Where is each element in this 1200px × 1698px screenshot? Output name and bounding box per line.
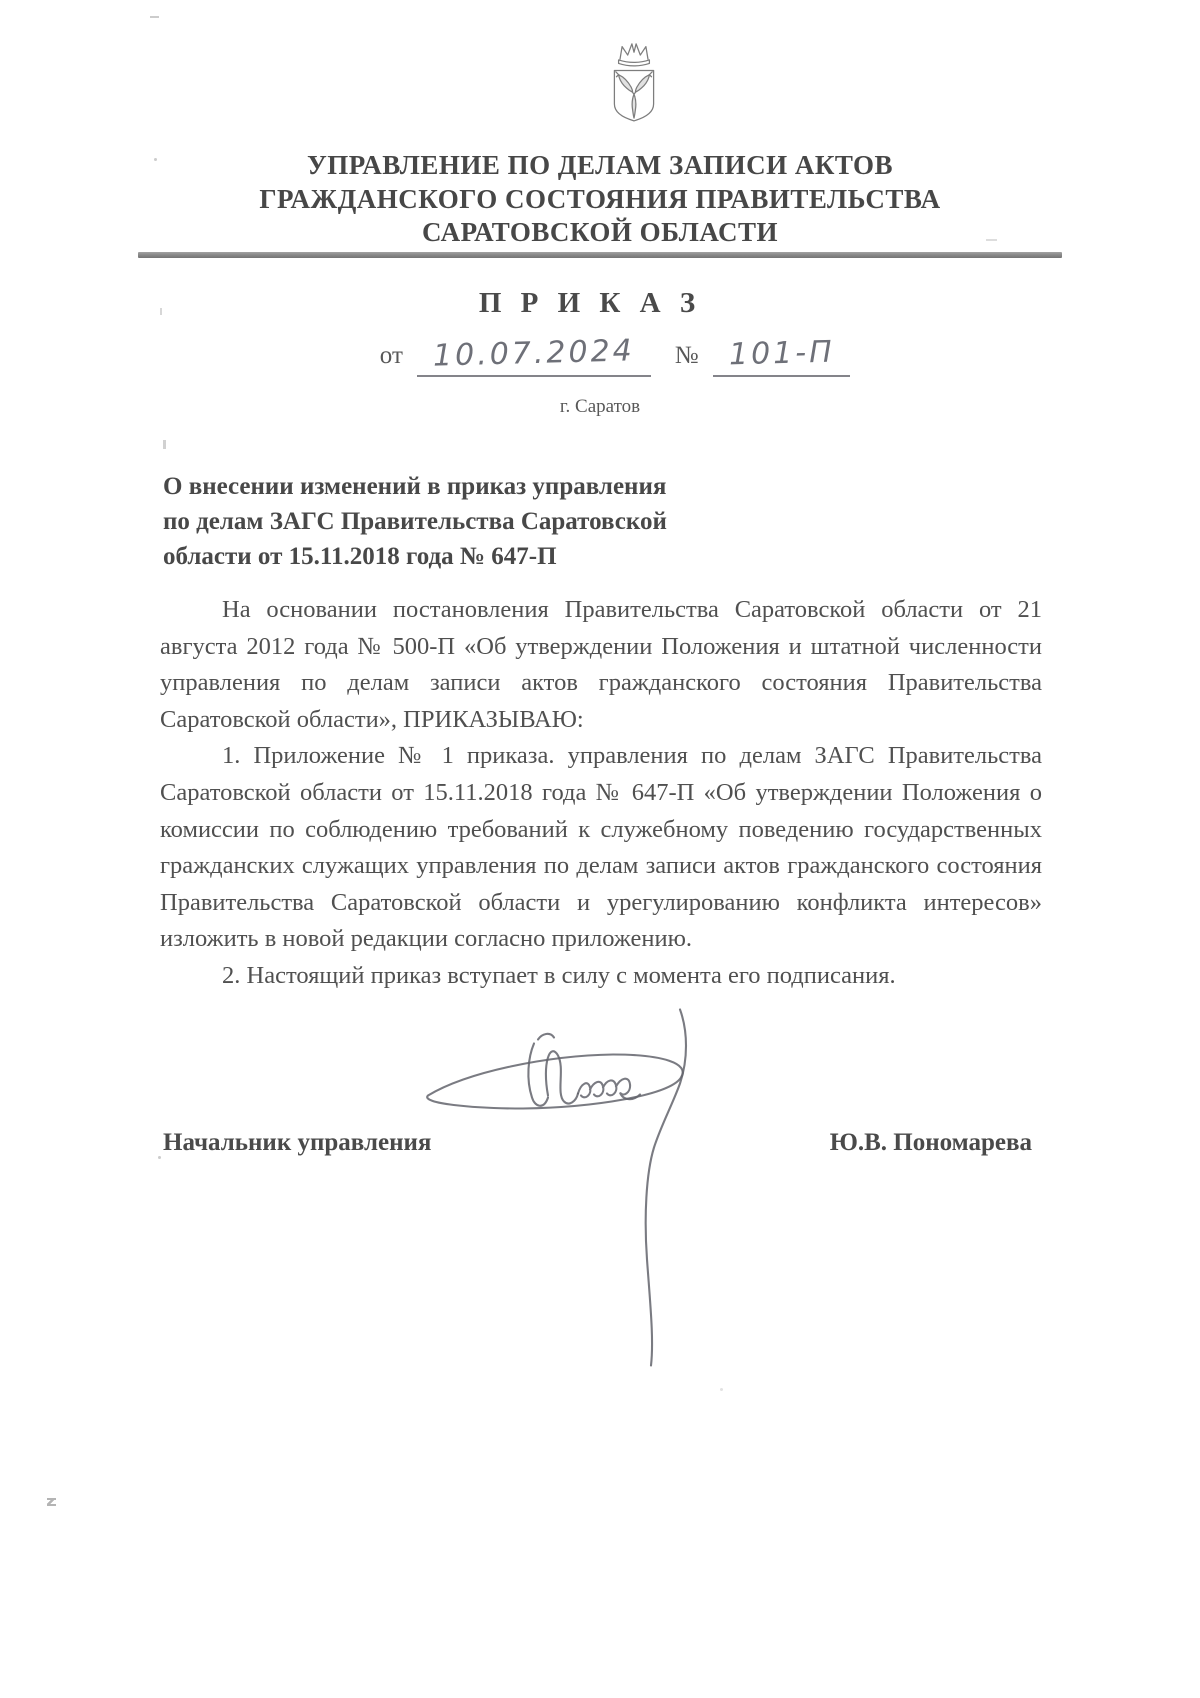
- number-sign-label: №: [675, 342, 699, 370]
- org-name-line-2: ГРАЖДАНСКОГО СОСТОЯНИЯ ПРАВИТЕЛЬСТВА: [140, 183, 1060, 217]
- letterhead-divider: [138, 252, 1062, 258]
- scan-artifact: [160, 308, 162, 315]
- doc-title: П Р И К А З: [140, 287, 1040, 320]
- handwritten-date: 10.07.2024: [432, 333, 635, 373]
- city-label: г. Саратов: [0, 396, 1200, 418]
- order-body: На основании постановления Правительства…: [160, 592, 1042, 995]
- signature-autograph: [418, 996, 718, 1374]
- scan-artifact: [163, 440, 166, 449]
- subject-line-3: области от 15.11.2018 года № 647-П: [163, 539, 803, 574]
- document-page: УПРАВЛЕНИЕ ПО ДЕЛАМ ЗАПИСИ АКТОВ ГРАЖДАН…: [0, 0, 1200, 1698]
- date-number-line: от 10.07.2024 № 101-П: [22, 336, 1200, 377]
- scan-artifact: [986, 239, 997, 241]
- org-name-line-1: УПРАВЛЕНИЕ ПО ДЕЛАМ ЗАПИСИ АКТОВ: [140, 149, 1060, 183]
- saratov-coat-of-arms-icon: [599, 24, 669, 140]
- number-field: 101-П: [713, 336, 851, 377]
- scan-artifact: [154, 158, 157, 161]
- scan-artifact: [720, 1388, 723, 1391]
- date-field: 10.07.2024: [417, 336, 651, 377]
- paragraph-item-1: 1. Приложение № 1 приказа. управления по…: [160, 738, 1042, 958]
- signer-position: Начальник управления: [163, 1129, 431, 1157]
- signer-name: Ю.В. Пономарева: [830, 1129, 1032, 1157]
- scan-artifact: [150, 16, 159, 18]
- subject-line-2: по делам ЗАГС Правительства Саратовской: [163, 504, 803, 539]
- coat-of-arms-graphic: [599, 24, 669, 140]
- subject-line-1: О внесении изменений в приказ управления: [163, 469, 803, 504]
- paragraph-item-2: 2. Настоящий приказ вступает в силу с мо…: [160, 958, 1042, 995]
- date-from-label: от: [380, 342, 403, 370]
- scan-artifact: [158, 1156, 161, 1159]
- org-name: УПРАВЛЕНИЕ ПО ДЕЛАМ ЗАПИСИ АКТОВ ГРАЖДАН…: [140, 149, 1060, 250]
- subject-block: О внесении изменений в приказ управления…: [163, 469, 803, 574]
- paragraph-preamble: На основании постановления Правительства…: [160, 592, 1042, 738]
- scan-artifact: [47, 1498, 56, 1506]
- org-name-line-3: САРАТОВСКОЙ ОБЛАСТИ: [140, 216, 1060, 250]
- handwritten-number: 101-П: [728, 335, 835, 373]
